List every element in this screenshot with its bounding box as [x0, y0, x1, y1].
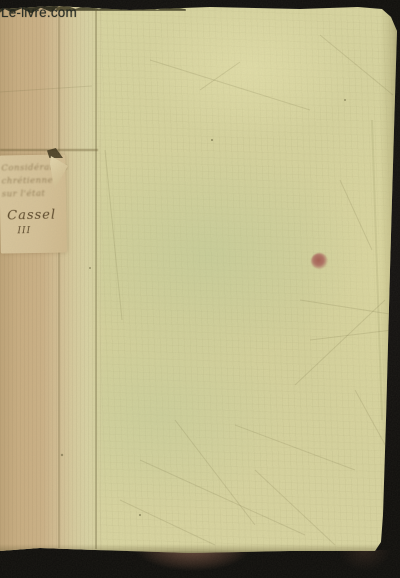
- fore-edge-shading: [380, 0, 400, 578]
- cover-fold-line: [95, 9, 97, 549]
- cover-stain-spot: [311, 253, 328, 269]
- site-watermark: Le-livre.com: [1, 5, 77, 20]
- label-faded-handwriting-line3: sur l'état: [2, 187, 66, 201]
- spine-joint-line: [58, 6, 60, 548]
- cover-creases: [0, 0, 400, 578]
- book-cover-photo: Considération chrétienne sur l'état Cass…: [0, 0, 400, 578]
- photo-scene: Considération chrétienne sur l'état Cass…: [0, 0, 400, 578]
- label-ink-volume-number: III: [17, 225, 66, 236]
- floor-reflection-glow-right: [330, 550, 400, 578]
- label-ink-title: Cassel: [7, 207, 66, 223]
